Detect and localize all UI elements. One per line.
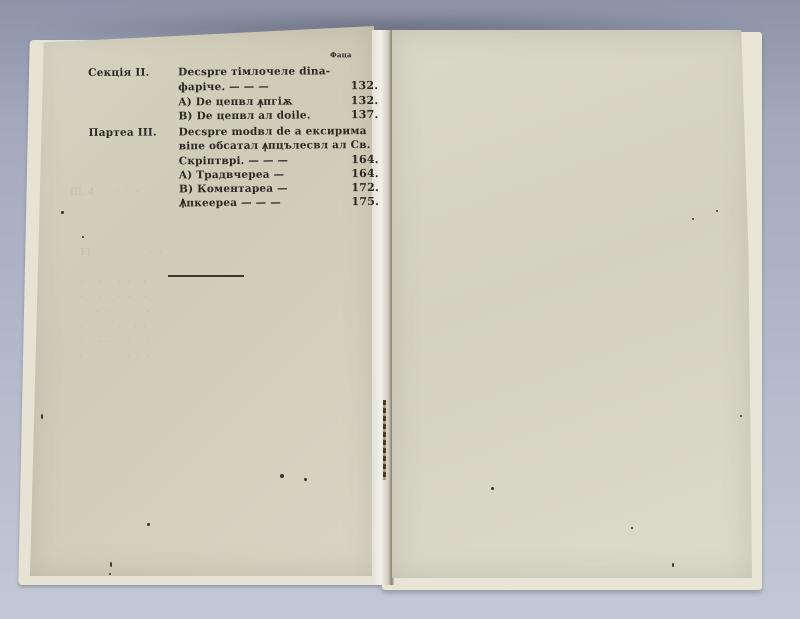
toc-section-label: Партеа III. xyxy=(89,126,157,141)
toc-row: B) De цепвл ал doile. 137. xyxy=(88,108,378,124)
toc-row: Секція II. Decspre тімлочеле dina- xyxy=(88,64,378,80)
toc-entry-title: B) De цепвл ал doile. xyxy=(178,108,310,123)
toc-section-label: Секція II. xyxy=(88,66,149,81)
toc-row: віпе обсатал ꙟпцълесвл ал Св. xyxy=(89,138,379,154)
foxing-speck xyxy=(716,210,718,212)
toc-page-number: 137. xyxy=(351,108,379,123)
toc-page-number: 172. xyxy=(351,181,379,196)
toc-entry-title: A) De цепвл ꙟпгіѫ xyxy=(178,95,293,110)
toc-entry-title: Ꙟпкеереа — — — xyxy=(179,196,281,211)
toc-entry-title: фаріче. — — — xyxy=(178,80,269,95)
foxing-speck xyxy=(740,415,742,417)
foxing-speck xyxy=(280,474,284,478)
toc-page-number: 164. xyxy=(351,153,379,168)
toc-page-number: 175. xyxy=(351,195,379,210)
toc-entry-title: B) Коментареа — xyxy=(179,182,288,197)
toc-row: фаріче. — — — 132. xyxy=(88,79,378,95)
foxing-speck xyxy=(672,563,674,567)
toc-entry-title: Скріптврі. — — — xyxy=(179,154,289,169)
toc-page-number: 132. xyxy=(351,79,379,94)
toc-entry-title: Decspre тімлочеле dina- xyxy=(178,64,330,80)
open-book: III. 4 · · · 11 · · · · · · · · · · · · … xyxy=(0,0,800,619)
show-through-text: III. 4 · · · 11 · · · · · · · · · · · · … xyxy=(70,185,172,365)
foxing-speck xyxy=(631,527,633,529)
foxing-speck xyxy=(110,562,112,567)
gutter-binding-stain xyxy=(383,400,386,480)
foxing-speck xyxy=(147,523,150,526)
foxing-speck xyxy=(61,211,64,214)
right-page-blank xyxy=(392,30,752,578)
foxing-speck xyxy=(491,487,494,490)
toc-row: Ꙟпкеереа — — — 175. xyxy=(89,195,379,211)
foxing-speck xyxy=(304,478,307,481)
toc-entry-title: віпе обсатал ꙟпцълесвл ал Св. xyxy=(179,138,371,154)
foxing-speck xyxy=(41,414,43,419)
toc-page-number: 164. xyxy=(351,167,379,182)
toc-entry-title: A) Традвчереа — xyxy=(179,168,284,183)
foxing-speck xyxy=(109,573,111,575)
toc-page-number: 132. xyxy=(351,94,379,109)
section-end-rule xyxy=(168,275,244,277)
foxing-speck xyxy=(82,236,84,238)
foxing-speck xyxy=(692,218,694,220)
page-column-header: Фаца xyxy=(330,48,352,63)
